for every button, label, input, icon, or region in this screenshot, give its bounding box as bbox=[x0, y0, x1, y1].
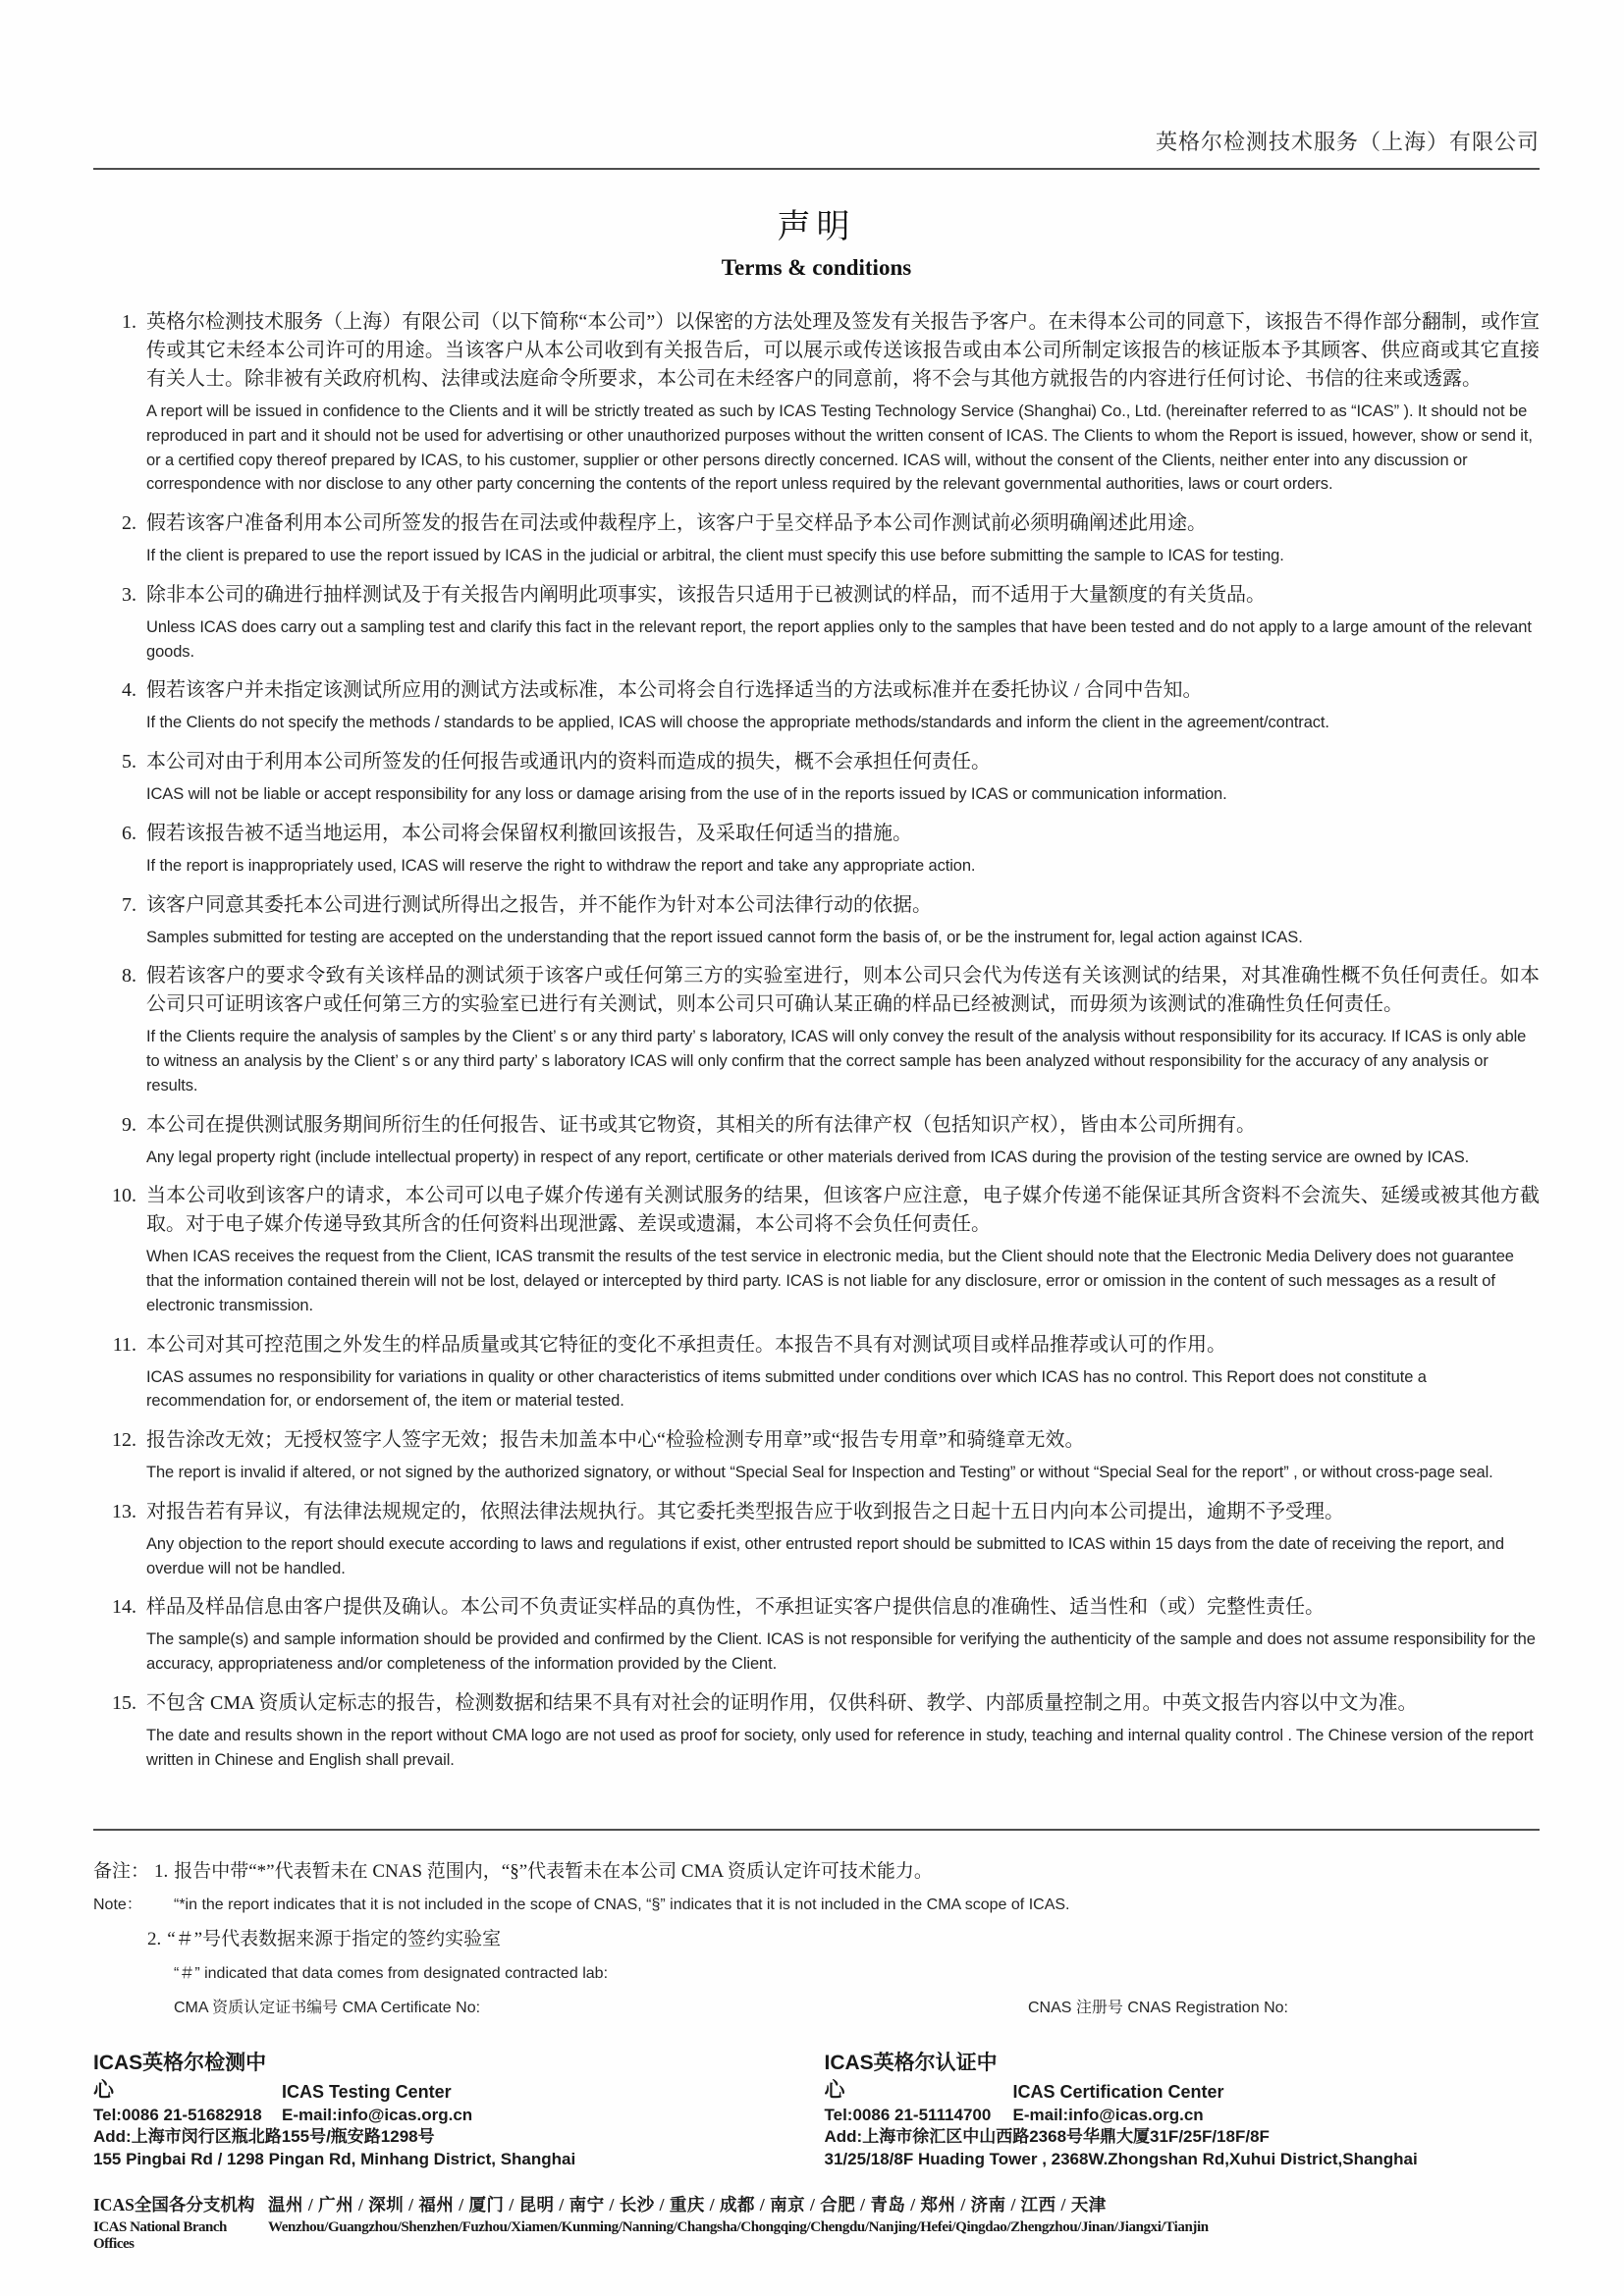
term-text-en: If the Clients do not specify the method… bbox=[146, 711, 1540, 735]
term-row-zh: 9. 本公司在提供测试服务期间所衍生的任何报告、证书或其它物资，其相关的所有法律… bbox=[93, 1111, 1540, 1140]
term-item: 13. 对报告若有异议，有法律法规规定的，依照法律法规执行。其它委托类型报告应于… bbox=[93, 1498, 1540, 1581]
term-number: 2. bbox=[93, 509, 146, 538]
term-number: 12. bbox=[93, 1426, 146, 1455]
note-1-number: 1. bbox=[154, 1861, 174, 1883]
term-text-en: A report will be issued in confidence to… bbox=[146, 400, 1540, 497]
term-number: 15. bbox=[93, 1689, 146, 1718]
testing-center-address-zh: Add:上海市闵行区瓶北路155号/瓶安路1298号 bbox=[93, 2126, 817, 2148]
term-item: 3. 除非本公司的确进行抽样测试及于有关报告内阐明此项事实，该报告只适用于已被测… bbox=[93, 581, 1540, 665]
term-text-zh: 假若该客户准备利用本公司所签发的报告在司法或仲裁程序上，该客户于呈交样品予本公司… bbox=[146, 509, 1540, 538]
term-text-zh: 报告涂改无效；无授权签字人签字无效；报告未加盖本中心“检验检测专用章”或“报告专… bbox=[146, 1426, 1540, 1455]
term-item: 1. 英格尔检测技术服务（上海）有限公司（以下简称“本公司”）以保密的方法处理及… bbox=[93, 308, 1540, 497]
branch-offices-zh-row: ICAS全国各分支机构 温州 / 广州 / 深圳 / 福州 / 厦门 / 昆明 … bbox=[93, 2192, 1540, 2216]
term-item: 7. 该客户同意其委托本公司进行测试所得出之报告，并不能作为针对本公司法律行动的… bbox=[93, 891, 1540, 950]
term-row-zh: 8. 假若该客户的要求令致有关该样品的测试须于该客户或任何第三方的实验室进行，则… bbox=[93, 962, 1540, 1019]
term-item: 14. 样品及样品信息由客户提供及确认。本公司不负责证实样品的真伪性，不承担证实… bbox=[93, 1593, 1540, 1677]
testing-center-name-row: ICAS英格尔检测中心 ICAS Testing Center bbox=[93, 2050, 817, 2104]
testing-center-contact-row: Tel:0086 21-51682918 E-mail:info@icas.or… bbox=[93, 2105, 817, 2126]
term-item: 2. 假若该客户准备利用本公司所签发的报告在司法或仲裁程序上，该客户于呈交样品予… bbox=[93, 509, 1540, 568]
note-1-zh-row: 备注： 1. 报告中带“*”代表暂未在 CNAS 范围内，“§”代表暂未在本公司… bbox=[93, 1856, 1540, 1883]
term-text-en: ICAS will not be liable or accept respon… bbox=[146, 782, 1540, 807]
note-2-number: 2. bbox=[147, 1929, 167, 1950]
term-item: 5. 本公司对由于利用本公司所签发的任何报告或通讯内的资料而造成的损失，概不会承… bbox=[93, 748, 1540, 807]
header-company-name: 英格尔检测技术服务（上海）有限公司 bbox=[93, 126, 1540, 156]
term-text-zh: 本公司对其可控范围之外发生的样品质量或其它特征的变化不承担责任。本报告不具有对测… bbox=[146, 1331, 1540, 1360]
note-2-text-zh: “＃”号代表数据来源于指定的签约实验室 bbox=[167, 1924, 501, 1950]
branch-offices-en-row: ICAS National Branch Offices Wenzhou/Gua… bbox=[93, 2219, 1540, 2253]
note-label-en: Note： bbox=[93, 1892, 174, 1914]
term-text-zh: 对报告若有异议，有法律法规规定的，依照法律法规执行。其它委托类型报告应于收到报告… bbox=[146, 1498, 1540, 1526]
term-item: 9. 本公司在提供测试服务期间所衍生的任何报告、证书或其它物资，其相关的所有法律… bbox=[93, 1111, 1540, 1170]
term-text-en: Any objection to the report should execu… bbox=[146, 1532, 1540, 1581]
term-row-zh: 5. 本公司对由于利用本公司所签发的任何报告或通讯内的资料而造成的损失，概不会承… bbox=[93, 748, 1540, 776]
header-divider bbox=[93, 168, 1540, 170]
note-1-text-en: “*in the report indicates that it is not… bbox=[174, 1896, 1069, 1914]
page-title-en: Terms & conditions bbox=[93, 255, 1540, 281]
term-number: 13. bbox=[93, 1498, 146, 1526]
term-row-zh: 2. 假若该客户准备利用本公司所签发的报告在司法或仲裁程序上，该客户于呈交样品予… bbox=[93, 509, 1540, 538]
testing-center-name-en: ICAS Testing Center bbox=[282, 2081, 452, 2105]
certification-center-name-row: ICAS英格尔认证中心 ICAS Certification Center bbox=[825, 2050, 1541, 2104]
branch-offices-section: ICAS全国各分支机构 温州 / 广州 / 深圳 / 福州 / 厦门 / 昆明 … bbox=[93, 2192, 1540, 2253]
certification-center-email: E-mail:info@icas.org.cn bbox=[1013, 2105, 1204, 2126]
certification-center-name-en: ICAS Certification Center bbox=[1013, 2081, 1224, 2105]
note-1-en-row: Note： “*in the report indicates that it … bbox=[93, 1892, 1540, 1914]
term-text-zh: 假若该报告被不适当地运用，本公司将会保留权利撤回该报告，及采取任何适当的措施。 bbox=[146, 820, 1540, 848]
page-title-zh: 声明 bbox=[93, 199, 1540, 247]
term-text-en: If the client is prepared to use the rep… bbox=[146, 544, 1540, 568]
term-number: 10. bbox=[93, 1182, 146, 1239]
term-row-zh: 15. 不包含 CMA 资质认定标志的报告，检测数据和结果不具有对社会的证明作用… bbox=[93, 1689, 1540, 1718]
term-item: 8. 假若该客户的要求令致有关该样品的测试须于该客户或任何第三方的实验室进行，则… bbox=[93, 962, 1540, 1097]
term-text-zh: 该客户同意其委托本公司进行测试所得出之报告，并不能作为针对本公司法律行动的依据。 bbox=[146, 891, 1540, 920]
term-text-en: ICAS assumes no responsibility for varia… bbox=[146, 1365, 1540, 1415]
title-block: 声明 Terms & conditions bbox=[93, 199, 1540, 281]
term-row-zh: 10. 当本公司收到该客户的请求，本公司可以电子媒介传递有关测试服务的结果，但该… bbox=[93, 1182, 1540, 1239]
term-number: 8. bbox=[93, 962, 146, 1019]
certification-center-tel: Tel:0086 21-51114700 bbox=[825, 2105, 1013, 2126]
certification-center-address-zh: Add:上海市徐汇区中山西路2368号华鼎大厦31F/25F/18F/8F bbox=[825, 2126, 1541, 2148]
branch-offices-cities-en: Wenzhou/Guangzhou/Shenzhen/Fuzhou/Xiamen… bbox=[268, 2219, 1209, 2236]
note-label-zh: 备注： bbox=[93, 1856, 154, 1883]
term-number: 11. bbox=[93, 1331, 146, 1360]
term-number: 14. bbox=[93, 1593, 146, 1622]
terms-and-conditions-page: 英格尔检测技术服务（上海）有限公司 声明 Terms & conditions … bbox=[0, 0, 1624, 2296]
term-number: 1. bbox=[93, 308, 146, 394]
term-text-zh: 除非本公司的确进行抽样测试及于有关报告内阐明此项事实，该报告只适用于已被测试的样… bbox=[146, 581, 1540, 610]
testing-center-tel: Tel:0086 21-51682918 bbox=[93, 2105, 282, 2126]
term-text-zh: 样品及样品信息由客户提供及确认。本公司不负责证实样品的真伪性，不承担证实客户提供… bbox=[146, 1593, 1540, 1622]
cma-certificate-label: CMA 资质认定证书编号 CMA Certificate No: bbox=[174, 2000, 480, 2016]
testing-center-block: ICAS英格尔检测中心 ICAS Testing Center Tel:0086… bbox=[93, 2050, 817, 2170]
term-number: 7. bbox=[93, 891, 146, 920]
note-2-en-row: “＃” indicated that data comes from desig… bbox=[174, 1960, 1540, 1983]
note-2-text-en: “＃” indicated that data comes from desig… bbox=[174, 1965, 608, 1982]
term-text-zh: 当本公司收到该客户的请求，本公司可以电子媒介传递有关测试服务的结果，但该客户应注… bbox=[146, 1182, 1540, 1239]
cnas-registration-label: CNAS 注册号 CNAS Registration No: bbox=[1028, 1995, 1288, 2017]
term-item: 6. 假若该报告被不适当地运用，本公司将会保留权利撤回该报告，及采取任何适当的措… bbox=[93, 820, 1540, 879]
term-number: 9. bbox=[93, 1111, 146, 1140]
term-text-en: The sample(s) and sample information sho… bbox=[146, 1628, 1540, 1677]
term-text-en: If the report is inappropriately used, I… bbox=[146, 854, 1540, 879]
term-text-en: Any legal property right (include intell… bbox=[146, 1146, 1540, 1170]
branch-offices-label-zh: ICAS全国各分支机构 bbox=[93, 2192, 268, 2216]
term-row-zh: 7. 该客户同意其委托本公司进行测试所得出之报告，并不能作为针对本公司法律行动的… bbox=[93, 891, 1540, 920]
footer-contact-blocks: ICAS英格尔检测中心 ICAS Testing Center Tel:0086… bbox=[93, 2050, 1540, 2170]
term-item: 11. 本公司对其可控范围之外发生的样品质量或其它特征的变化不承担责任。本报告不… bbox=[93, 1331, 1540, 1415]
term-text-zh: 假若该客户并未指定该测试所应用的测试方法或标准，本公司将会自行选择适当的方法或标… bbox=[146, 676, 1540, 705]
term-text-en: The date and results shown in the report… bbox=[146, 1724, 1540, 1773]
term-text-en: Samples submitted for testing are accept… bbox=[146, 926, 1540, 950]
term-row-zh: 12. 报告涂改无效；无授权签字人签字无效；报告未加盖本中心“检验检测专用章”或… bbox=[93, 1426, 1540, 1455]
term-row-zh: 14. 样品及样品信息由客户提供及确认。本公司不负责证实样品的真伪性，不承担证实… bbox=[93, 1593, 1540, 1622]
term-number: 5. bbox=[93, 748, 146, 776]
certification-center-name-zh: ICAS英格尔认证中心 bbox=[825, 2050, 1013, 2104]
term-item: 15. 不包含 CMA 资质认定标志的报告，检测数据和结果不具有对社会的证明作用… bbox=[93, 1689, 1540, 1773]
term-row-zh: 11. 本公司对其可控范围之外发生的样品质量或其它特征的变化不承担责任。本报告不… bbox=[93, 1331, 1540, 1360]
terms-list: 1. 英格尔检测技术服务（上海）有限公司（以下简称“本公司”）以保密的方法处理及… bbox=[93, 308, 1540, 1785]
term-row-zh: 1. 英格尔检测技术服务（上海）有限公司（以下简称“本公司”）以保密的方法处理及… bbox=[93, 308, 1540, 394]
branch-offices-cities-zh: 温州 / 广州 / 深圳 / 福州 / 厦门 / 昆明 / 南宁 / 长沙 / … bbox=[268, 2192, 1107, 2216]
term-text-en: Unless ICAS does carry out a sampling te… bbox=[146, 615, 1540, 665]
note-2-zh-row: 2. “＃”号代表数据来源于指定的签约实验室 bbox=[147, 1924, 1540, 1950]
term-text-zh: 假若该客户的要求令致有关该样品的测试须于该客户或任何第三方的实验室进行，则本公司… bbox=[146, 962, 1540, 1019]
term-text-zh: 不包含 CMA 资质认定标志的报告，检测数据和结果不具有对社会的证明作用，仅供科… bbox=[146, 1689, 1540, 1718]
term-number: 3. bbox=[93, 581, 146, 610]
testing-center-email: E-mail:info@icas.org.cn bbox=[282, 2105, 472, 2126]
term-item: 10. 当本公司收到该客户的请求，本公司可以电子媒介传递有关测试服务的结果，但该… bbox=[93, 1182, 1540, 1317]
testing-center-address-en: 155 Pingbai Rd / 1298 Pingan Rd, Minhang… bbox=[93, 2149, 817, 2170]
certificate-row: CMA 资质认定证书编号 CMA Certificate No: CNAS 注册… bbox=[174, 1995, 1540, 2016]
bottom-area: 备注： 1. 报告中带“*”代表暂未在 CNAS 范围内，“§”代表暂未在本公司… bbox=[93, 1829, 1540, 2253]
note-1-text-zh: 报告中带“*”代表暂未在 CNAS 范围内，“§”代表暂未在本公司 CMA 资质… bbox=[174, 1856, 933, 1883]
notes-divider bbox=[93, 1829, 1540, 1831]
certification-center-block: ICAS英格尔认证中心 ICAS Certification Center Te… bbox=[817, 2050, 1541, 2170]
term-text-en: When ICAS receives the request from the … bbox=[146, 1245, 1540, 1317]
term-row-zh: 4. 假若该客户并未指定该测试所应用的测试方法或标准，本公司将会自行选择适当的方… bbox=[93, 676, 1540, 705]
term-text-zh: 英格尔检测技术服务（上海）有限公司（以下简称“本公司”）以保密的方法处理及签发有… bbox=[146, 308, 1540, 394]
term-text-zh: 本公司对由于利用本公司所签发的任何报告或通讯内的资料而造成的损失，概不会承担任何… bbox=[146, 748, 1540, 776]
certification-center-address-en: 31/25/18/8F Huading Tower , 2368W.Zhongs… bbox=[825, 2149, 1541, 2170]
term-row-zh: 3. 除非本公司的确进行抽样测试及于有关报告内阐明此项事实，该报告只适用于已被测… bbox=[93, 581, 1540, 610]
term-row-zh: 6. 假若该报告被不适当地运用，本公司将会保留权利撤回该报告，及采取任何适当的措… bbox=[93, 820, 1540, 848]
branch-offices-label-en: ICAS National Branch Offices bbox=[93, 2219, 268, 2253]
term-row-zh: 13. 对报告若有异议，有法律法规规定的，依照法律法规执行。其它委托类型报告应于… bbox=[93, 1498, 1540, 1526]
term-text-en: The report is invalid if altered, or not… bbox=[146, 1461, 1540, 1485]
testing-center-name-zh: ICAS英格尔检测中心 bbox=[93, 2050, 282, 2104]
term-number: 4. bbox=[93, 676, 146, 705]
certification-center-contact-row: Tel:0086 21-51114700 E-mail:info@icas.or… bbox=[825, 2105, 1541, 2126]
term-number: 6. bbox=[93, 820, 146, 848]
term-item: 12. 报告涂改无效；无授权签字人签字无效；报告未加盖本中心“检验检测专用章”或… bbox=[93, 1426, 1540, 1485]
term-item: 4. 假若该客户并未指定该测试所应用的测试方法或标准，本公司将会自行选择适当的方… bbox=[93, 676, 1540, 735]
term-text-en: If the Clients require the analysis of s… bbox=[146, 1025, 1540, 1097]
term-text-zh: 本公司在提供测试服务期间所衍生的任何报告、证书或其它物资，其相关的所有法律产权（… bbox=[146, 1111, 1540, 1140]
notes-section: 备注： 1. 报告中带“*”代表暂未在 CNAS 范围内，“§”代表暂未在本公司… bbox=[93, 1856, 1540, 2016]
